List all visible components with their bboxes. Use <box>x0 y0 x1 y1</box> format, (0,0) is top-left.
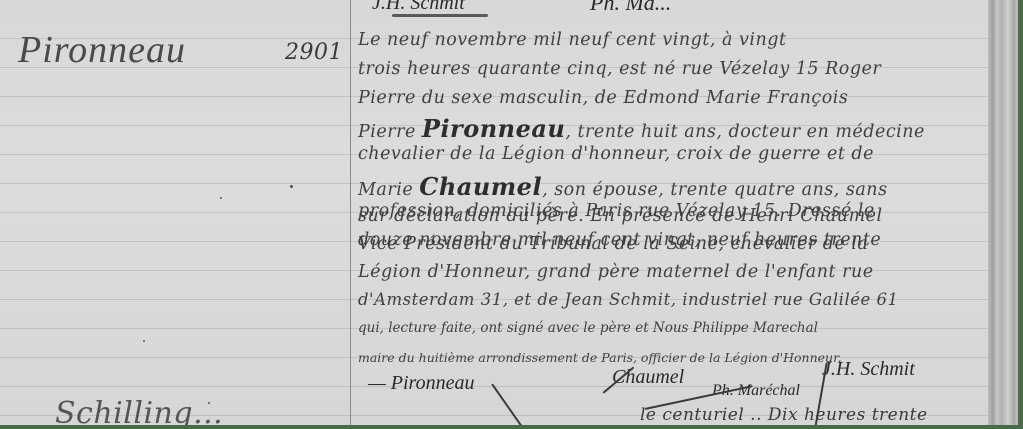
entry-line-text: chevalier de la Légion d'honneur, croix … <box>358 144 874 164</box>
margin-surname: Pironneau <box>18 28 186 72</box>
entry-surname: Chaumel <box>419 172 542 201</box>
signature-witness-chaumel: Chaumel <box>612 366 684 389</box>
entry-line: Pierre Pironneau, trente huit ans, docte… <box>358 114 925 143</box>
entry-line: Légion d'Honneur, grand père maternel de… <box>358 262 874 282</box>
margin-rule <box>350 0 351 425</box>
entry-line-text: Légion d'Honneur, grand père maternel de… <box>358 262 874 282</box>
entry-line-text: , son épouse, trente quatre ans, sans <box>542 180 887 200</box>
acte-number: 2901 <box>285 40 343 65</box>
header-signature-schmit: J.H. Schmit <box>372 0 465 15</box>
next-entry-margin-surname: Schilling... <box>55 396 223 425</box>
next-entry-body-partial: le centuriel .. Dix heures trente <box>640 405 928 425</box>
book-binding-edge <box>988 0 1018 425</box>
signature-witness-schmit: J.H. Schmit <box>822 358 915 381</box>
entry-line: trois heures quarante cinq, est né rue V… <box>358 59 881 79</box>
signature-underline <box>392 14 488 17</box>
entry-line: qui, lecture faite, ont signé avec le pè… <box>358 320 818 336</box>
entry-line-text: Pierre du sexe masculin, de Edmond Marie… <box>358 88 848 108</box>
register-page: J.H. Schmit Ph. Ma... Pironneau 2901 Le … <box>0 0 1018 425</box>
header-signature-marechal: Ph. Ma... <box>590 0 671 16</box>
entry-line: Le neuf novembre mil neuf cent vingt, à … <box>358 30 787 50</box>
entry-line-text: Le neuf novembre mil neuf cent vingt, à … <box>358 30 787 50</box>
entry-line: sur déclaration du père. En présence de … <box>358 206 883 226</box>
entry-surname: Pironneau <box>422 114 565 143</box>
entry-line-text: Pierre <box>358 122 422 142</box>
entry-line-text: d'Amsterdam 31, et de Jean Schmit, indus… <box>358 290 899 309</box>
entry-line: chevalier de la Légion d'honneur, croix … <box>358 144 874 164</box>
entry-line: Marie Chaumel, son épouse, trente quatre… <box>358 172 888 201</box>
ink-speck <box>220 197 222 199</box>
entry-line: d'Amsterdam 31, et de Jean Schmit, indus… <box>358 290 899 309</box>
entry-line-text: Marie <box>358 180 419 200</box>
entry-line: maire du huitième arrondissement de Pari… <box>358 350 842 365</box>
entry-line-text: sur déclaration du père. En présence de … <box>358 206 883 226</box>
entry-line-text: , trente huit ans, docteur en médecine <box>565 122 925 142</box>
entry-line-text: trois heures quarante cinq, est né rue V… <box>358 59 881 79</box>
entry-line-text: Vice Président du Tribunal de la Seine, … <box>358 234 868 254</box>
ink-speck <box>143 340 145 342</box>
ink-speck <box>290 185 293 188</box>
signature-father: — Pironneau <box>368 372 474 395</box>
entry-line: Pierre du sexe masculin, de Edmond Marie… <box>358 88 848 108</box>
entry-line: Vice Président du Tribunal de la Seine, … <box>358 234 868 254</box>
